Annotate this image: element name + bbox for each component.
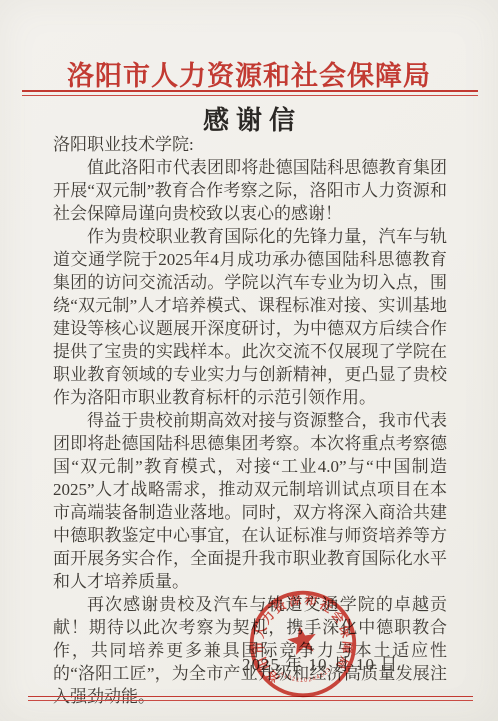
official-seal-stamp: 洛阳市人力资源和社会保障局 4102110244223: [236, 577, 370, 711]
letterhead-org-name: 洛阳市人力资源和社会保障局: [0, 54, 498, 93]
salutation: 洛阳职业技术学院:: [53, 133, 447, 156]
letter-page: 洛阳市人力资源和社会保障局 感谢信 洛阳职业技术学院: 值此洛阳市代表团即将赴德…: [0, 0, 498, 721]
footer-divider: [28, 696, 473, 701]
paragraph-3: 得益于贵校前期高效对接与资源整合，我市代表团即将赴德国陆科思德集团考察。本次将重…: [53, 409, 447, 593]
star-icon: [285, 624, 319, 656]
paragraph-2: 作为贵校职业教育国际化的先锋力量，汽车与轨道交通学院于2025年4月成功承办德国…: [53, 225, 447, 409]
seal-code-text: 4102110244223: [278, 661, 335, 689]
paragraph-1: 值此洛阳市代表团即将赴德国陆科思德教育集团开展“双元制”教育合作考察之际，洛阳市…: [53, 156, 447, 225]
letter-title: 感谢信: [0, 100, 498, 137]
letterhead-divider: [22, 90, 478, 96]
